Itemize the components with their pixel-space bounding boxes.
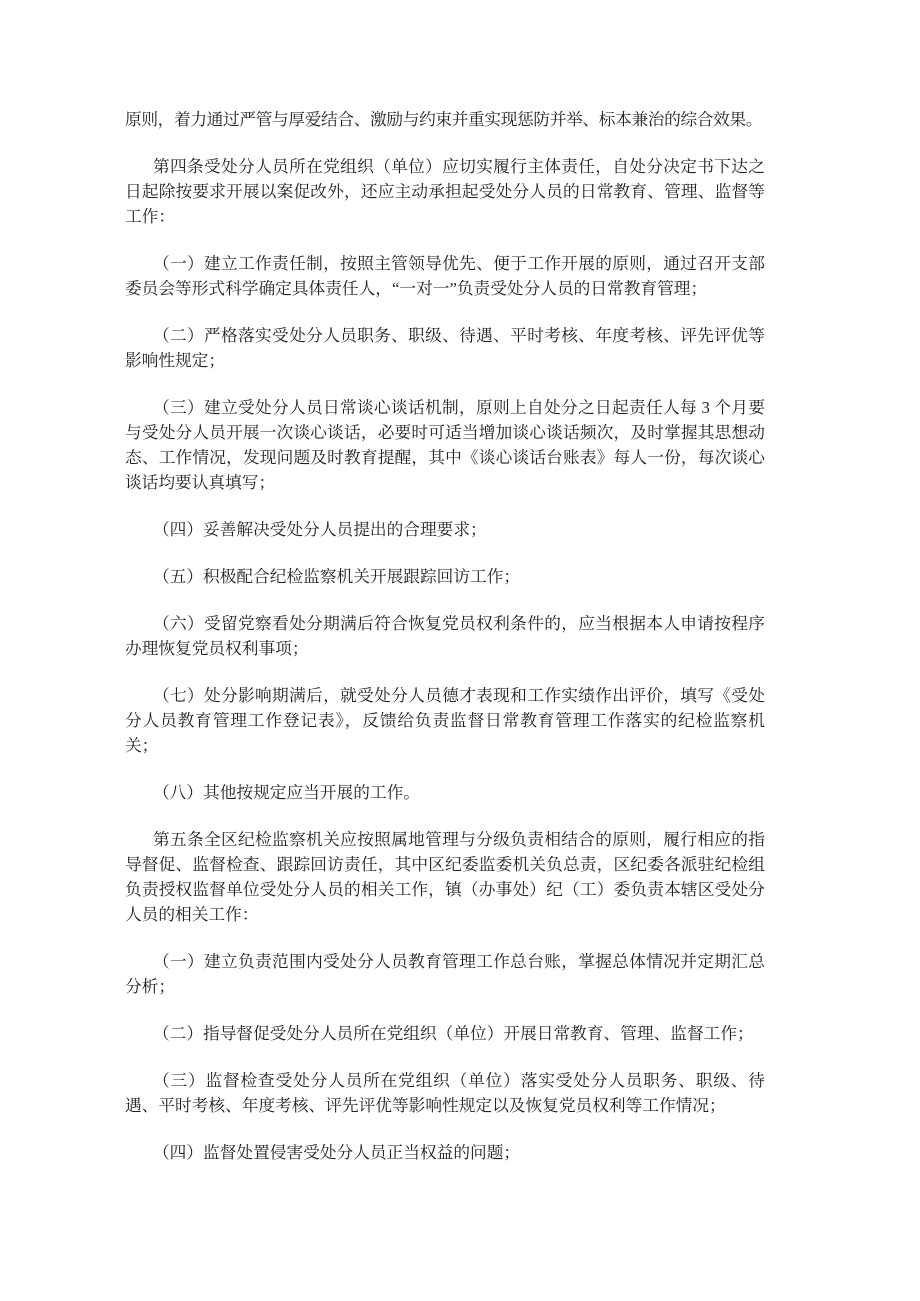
paragraph: （四）妥善解决受处分人员提出的合理要求； — [125, 517, 765, 542]
document-page: 原则，着力通过严管与厚爱结合、激励与约束并重实现惩防并举、标本兼治的综合效果。第… — [0, 0, 920, 1301]
paragraph: （三）建立受处分人员日常谈心谈话机制，原则上自处分之日起责任人每 3 个月要与受… — [125, 395, 765, 495]
paragraph: （一）建立负责范围内受处分人员教育管理工作总台账，掌握总体情况并定期汇总分析； — [125, 949, 765, 999]
paragraph: （四）监督处置侵害受处分人员正当权益的问题； — [125, 1140, 765, 1165]
paragraph: 第五条全区纪检监察机关应按照属地管理与分级负责相结合的原则，履行相应的指导督促、… — [125, 827, 765, 927]
paragraph: （二）严格落实受处分人员职务、职级、待遇、平时考核、年度考核、评先评优等影响性规… — [125, 323, 765, 373]
document-text-block: 原则，着力通过严管与厚爱结合、激励与约束并重实现惩防并举、标本兼治的综合效果。第… — [125, 107, 765, 1187]
paragraph: （二）指导督促受处分人员所在党组织（单位）开展日常教育、管理、监督工作； — [125, 1021, 765, 1046]
paragraph: （三）监督检查受处分人员所在党组织（单位）落实受处分人员职务、职级、待遇、平时考… — [125, 1068, 765, 1118]
paragraph: （一）建立工作责任制，按照主管领导优先、便于工作开展的原则，通过召开支部委员会等… — [125, 251, 765, 301]
paragraph: （六）受留党察看处分期满后符合恢复党员权利条件的，应当根据本人申请按程序办理恢复… — [125, 611, 765, 661]
paragraph: 第四条受处分人员所在党组织（单位）应切实履行主体责任，自处分决定书下达之日起除按… — [125, 154, 765, 229]
paragraph-continuation: 原则，着力通过严管与厚爱结合、激励与约束并重实现惩防并举、标本兼治的综合效果。 — [125, 107, 765, 132]
page: { "page": { "background_color": "#ffffff… — [0, 0, 920, 1301]
paragraph: （七）处分影响期满后，就受处分人员德才表现和工作实绩作出评价，填写《受处分人员教… — [125, 683, 765, 758]
paragraph: （八）其他按规定应当开展的工作。 — [125, 780, 765, 805]
paragraph: （五）积极配合纪检监察机关开展跟踪回访工作； — [125, 564, 765, 589]
